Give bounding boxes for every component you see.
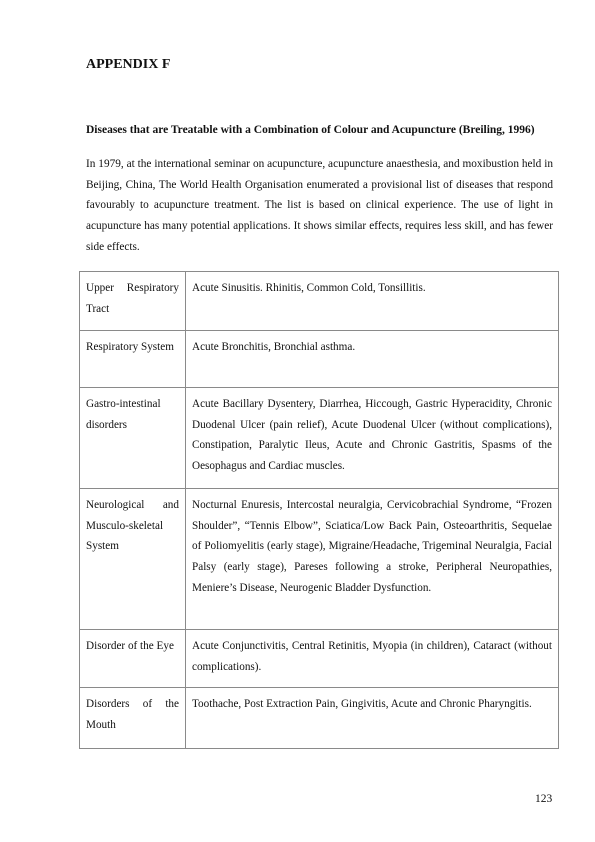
table-row: Respiratory System Acute Bronchitis, Bro… bbox=[80, 331, 559, 388]
table-row: Gastro-intestinal disorders Acute Bacill… bbox=[80, 388, 559, 489]
diseases-table: Upper Respiratory Tract Acute Sinusitis.… bbox=[79, 271, 559, 749]
table-row: Neurological and Musculo-skeletal System… bbox=[80, 489, 559, 630]
category-cell: Gastro-intestinal disorders bbox=[80, 388, 186, 489]
intro-paragraph: In 1979, at the international seminar on… bbox=[86, 154, 553, 258]
appendix-heading: APPENDIX F bbox=[86, 57, 170, 73]
category-cell: Disorder of the Eye bbox=[80, 630, 186, 688]
diseases-cell: Acute Bronchitis, Bronchial asthma. bbox=[186, 331, 559, 388]
category-cell: Neurological and Musculo-skeletal System bbox=[80, 489, 186, 630]
category-cell: Disorders of the Mouth bbox=[80, 688, 186, 749]
table-row: Disorder of the Eye Acute Conjunctivitis… bbox=[80, 630, 559, 688]
diseases-cell: Acute Bacillary Dysentery, Diarrhea, Hic… bbox=[186, 388, 559, 489]
table-row: Disorders of the Mouth Toothache, Post E… bbox=[80, 688, 559, 749]
table-row: Upper Respiratory Tract Acute Sinusitis.… bbox=[80, 272, 559, 331]
section-subheading: Diseases that are Treatable with a Combi… bbox=[86, 120, 553, 141]
category-cell: Upper Respiratory Tract bbox=[80, 272, 186, 331]
category-cell: Respiratory System bbox=[80, 331, 186, 388]
diseases-cell: Acute Conjunctivitis, Central Retinitis,… bbox=[186, 630, 559, 688]
page-number: 123 bbox=[535, 793, 552, 805]
diseases-cell: Nocturnal Enuresis, Intercostal neuralgi… bbox=[186, 489, 559, 630]
diseases-cell: Toothache, Post Extraction Pain, Gingivi… bbox=[186, 688, 559, 749]
diseases-cell: Acute Sinusitis. Rhinitis, Common Cold, … bbox=[186, 272, 559, 331]
